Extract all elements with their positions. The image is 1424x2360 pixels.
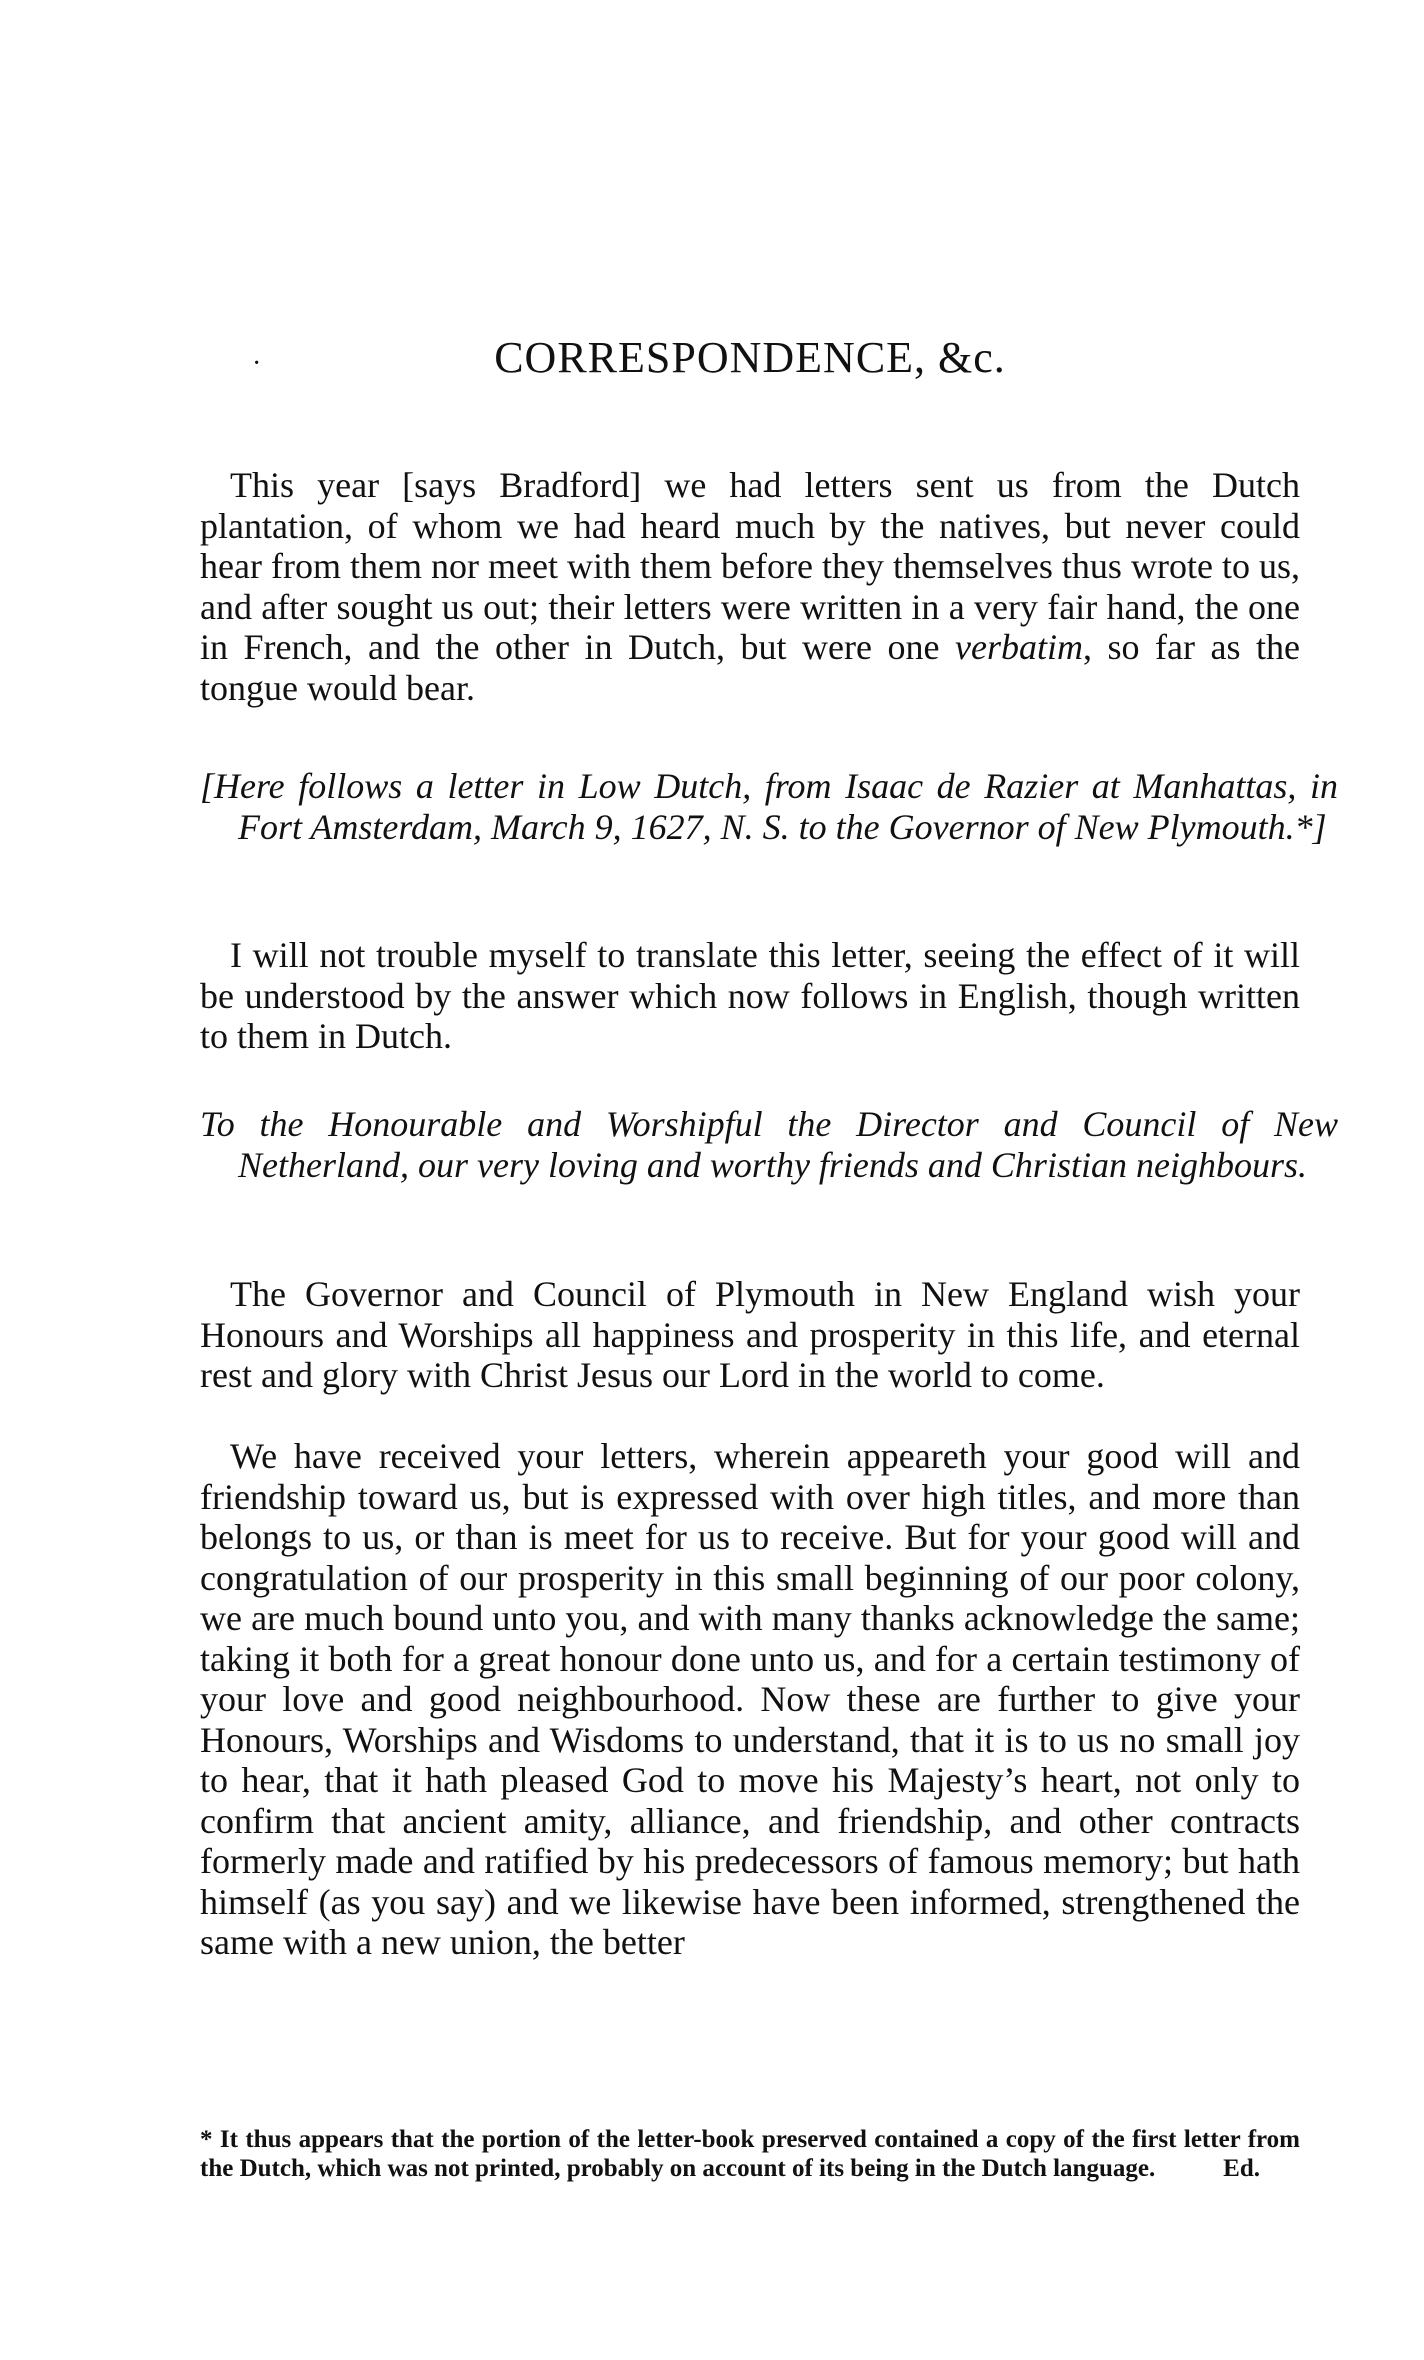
intro-italic-word: verbatim: [955, 627, 1083, 667]
translator-note: I will not trouble myself to translate t…: [200, 935, 1300, 1057]
editorial-note: [Here follows a letter in Low Dutch, fro…: [200, 766, 1338, 847]
footnote-text: * It thus appears that the portion of th…: [200, 2126, 1300, 2182]
footnote-signature: Ed.: [1223, 2154, 1260, 2183]
letter-address: To the Honourable and Worshipful the Dir…: [200, 1104, 1338, 1185]
letter-salutation: The Governor and Council of Plymouth in …: [200, 1274, 1300, 1396]
intro-paragraph: This year [says Bradford] we had letters…: [200, 465, 1300, 708]
page-title: CORRESPONDENCE, &c.: [200, 330, 1300, 386]
letter-body: We have received your letters, wherein a…: [200, 1436, 1300, 1963]
footnote: * It thus appears that the portion of th…: [200, 2125, 1300, 2183]
heading-row: · CORRESPONDENCE, &c.: [200, 330, 1300, 390]
